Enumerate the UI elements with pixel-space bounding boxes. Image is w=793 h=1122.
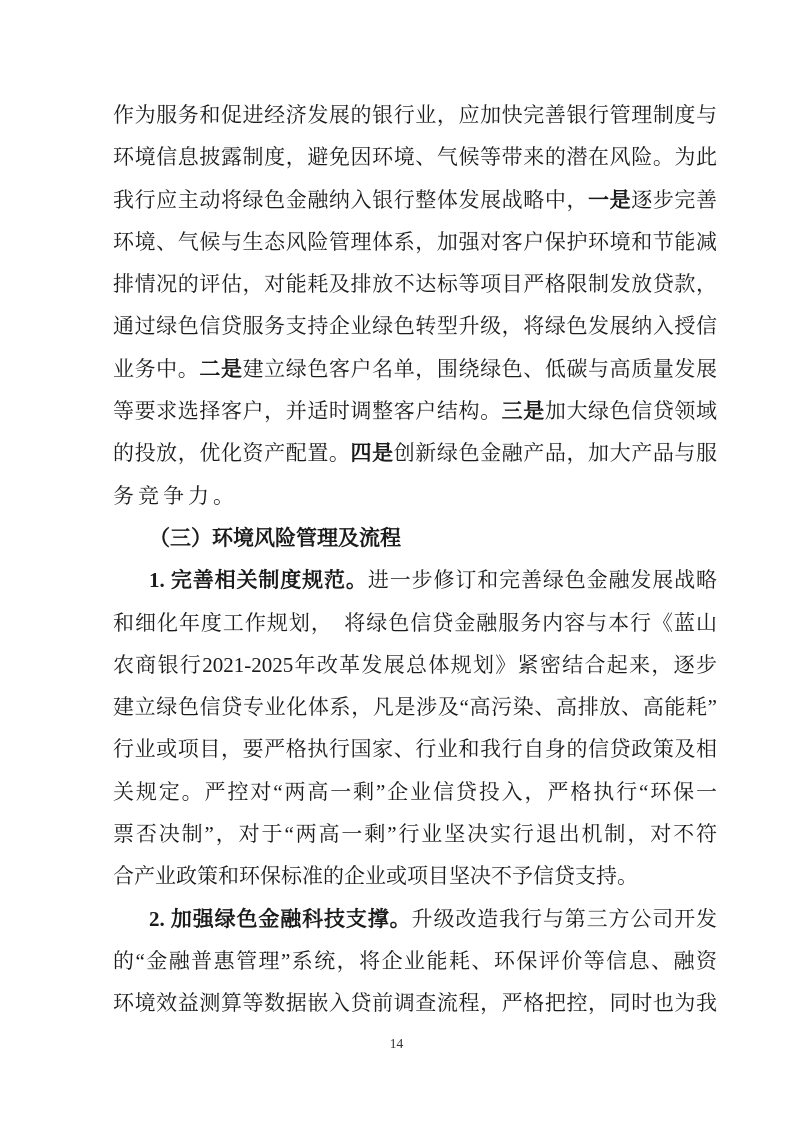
text-segment: 创新绿色金融产品，加大产品与服: [394, 441, 717, 465]
text-line: 务竞争力。: [113, 475, 717, 517]
text-segment: 建立绿色信贷专业化体系，凡是涉及“高污染、高排放、高能耗”: [113, 695, 717, 719]
text-segment: 进一步修订和完善绿色金融发展战略: [368, 568, 717, 592]
bold-text-segment: 三是: [502, 399, 545, 423]
text-segment: 我行应主动将绿色金融纳入银行整体发展战略中，: [113, 188, 588, 212]
bold-text-segment: 二是: [199, 357, 242, 381]
text-segment: 票否决制”，对于“两高一剩”行业坚决实行退出机制，对不符: [113, 822, 717, 846]
text-segment: 排情况的评估，对能耗及排放不达标等项目严格限制发放贷款，: [113, 272, 717, 296]
bold-text-segment: 2. 加强绿色金融科技支撑。: [149, 907, 412, 931]
text-line: 等要求选择客户，并适时调整客户结构。三是加大绿色信贷领域: [113, 390, 717, 432]
text-segment: 等要求选择客户，并适时调整客户结构。: [113, 399, 502, 423]
text-block: 作为服务和促进经济发展的银行业，应加快完善银行管理制度与环境信息披露制度，避免因…: [113, 94, 717, 1025]
text-line: 合产业政策和环保标准的企业或项目坚决不予信贷支持。: [113, 855, 717, 897]
document-page: 作为服务和促进经济发展的银行业，应加快完善银行管理制度与环境信息披露制度，避免因…: [0, 0, 793, 1122]
text-line: 的“金融普惠管理”系统，将企业能耗、环保评价等信息、融资: [113, 940, 717, 982]
text-line: 关规定。严控对“两高一剩”企业信贷投入，严格执行“环保一: [113, 771, 717, 813]
text-segment: 建立绿色客户名单，围绕绿色、低碳与高质量发展: [243, 357, 717, 381]
text-segment: 逐步完善: [631, 188, 717, 212]
page-number: 14: [0, 1034, 793, 1054]
text-line: 环境、气候与生态风险管理体系，加强对客户保护环境和节能减: [113, 221, 717, 263]
text-line: 作为服务和促进经济发展的银行业，应加快完善银行管理制度与: [113, 94, 717, 136]
text-line: 我行应主动将绿色金融纳入银行整体发展战略中，一是逐步完善: [113, 179, 717, 221]
text-line: 通过绿色信贷服务支持企业绿色转型升级，将绿色发展纳入授信: [113, 305, 717, 347]
text-line: 行业或项目，要严格执行国家、行业和我行自身的信贷政策及相: [113, 728, 717, 770]
bold-text-segment: 一是: [588, 188, 631, 212]
text-segment: 加大绿色信贷领域: [545, 399, 717, 423]
text-segment: 务竞争力。: [113, 484, 238, 508]
text-line: 环境效益测算等数据嵌入贷前调查流程，严格把控，同时也为我: [113, 982, 717, 1024]
text-segment: 行业或项目，要严格执行国家、行业和我行自身的信贷政策及相: [113, 737, 717, 761]
text-segment: 通过绿色信贷服务支持企业绿色转型升级，将绿色发展纳入授信: [113, 314, 717, 338]
text-segment: 的“金融普惠管理”系统，将企业能耗、环保评价等信息、融资: [113, 949, 717, 973]
text-line: 和细化年度工作规划， 将绿色信贷金融服务内容与本行《蓝山: [113, 602, 717, 644]
text-segment: 农商银行2021-2025年改革发展总体规划》紧密结合起来，逐步: [113, 653, 717, 677]
text-segment: 业务中。: [113, 357, 199, 381]
text-segment: 升级改造我行与第三方公司开发: [412, 907, 717, 931]
text-line: 1. 完善相关制度规范。进一步修订和完善绿色金融发展战略: [113, 559, 717, 601]
text-line: 环境信息披露制度，避免因环境、气候等带来的潜在风险。为此: [113, 136, 717, 178]
text-segment: 环境信息披露制度，避免因环境、气候等带来的潜在风险。为此: [113, 145, 717, 169]
text-segment: 环境、气候与生态风险管理体系，加强对客户保护环境和节能减: [113, 230, 717, 254]
text-line: 2. 加强绿色金融科技支撑。升级改造我行与第三方公司开发: [113, 898, 717, 940]
text-line: 排情况的评估，对能耗及排放不达标等项目严格限制发放贷款，: [113, 263, 717, 305]
text-segment: 和细化年度工作规划， 将绿色信贷金融服务内容与本行《蓝山: [113, 611, 717, 635]
text-line: 建立绿色信贷专业化体系，凡是涉及“高污染、高排放、高能耗”: [113, 686, 717, 728]
text-segment: 关规定。严控对“两高一剩”企业信贷投入，严格执行“环保一: [113, 780, 717, 804]
bold-text-segment: 四是: [351, 441, 394, 465]
text-line: 业务中。二是建立绿色客户名单，围绕绿色、低碳与高质量发展: [113, 348, 717, 390]
text-segment: 的投放，优化资产配置。: [113, 441, 351, 465]
text-segment: 合产业政策和环保标准的企业或项目坚决不予信贷支持。: [113, 864, 638, 888]
section-heading: （三）环境风险管理及流程: [113, 517, 717, 559]
text-line: 农商银行2021-2025年改革发展总体规划》紧密结合起来，逐步: [113, 644, 717, 686]
text-segment: 作为服务和促进经济发展的银行业，应加快完善银行管理制度与: [113, 103, 717, 127]
text-line: 票否决制”，对于“两高一剩”行业坚决实行退出机制，对不符: [113, 813, 717, 855]
bold-text-segment: （三）环境风险管理及流程: [149, 526, 401, 550]
bold-text-segment: 1. 完善相关制度规范。: [149, 568, 368, 592]
text-segment: 环境效益测算等数据嵌入贷前调查流程，严格把控，同时也为我: [113, 991, 717, 1015]
text-line: 的投放，优化资产配置。四是创新绿色金融产品，加大产品与服: [113, 432, 717, 474]
